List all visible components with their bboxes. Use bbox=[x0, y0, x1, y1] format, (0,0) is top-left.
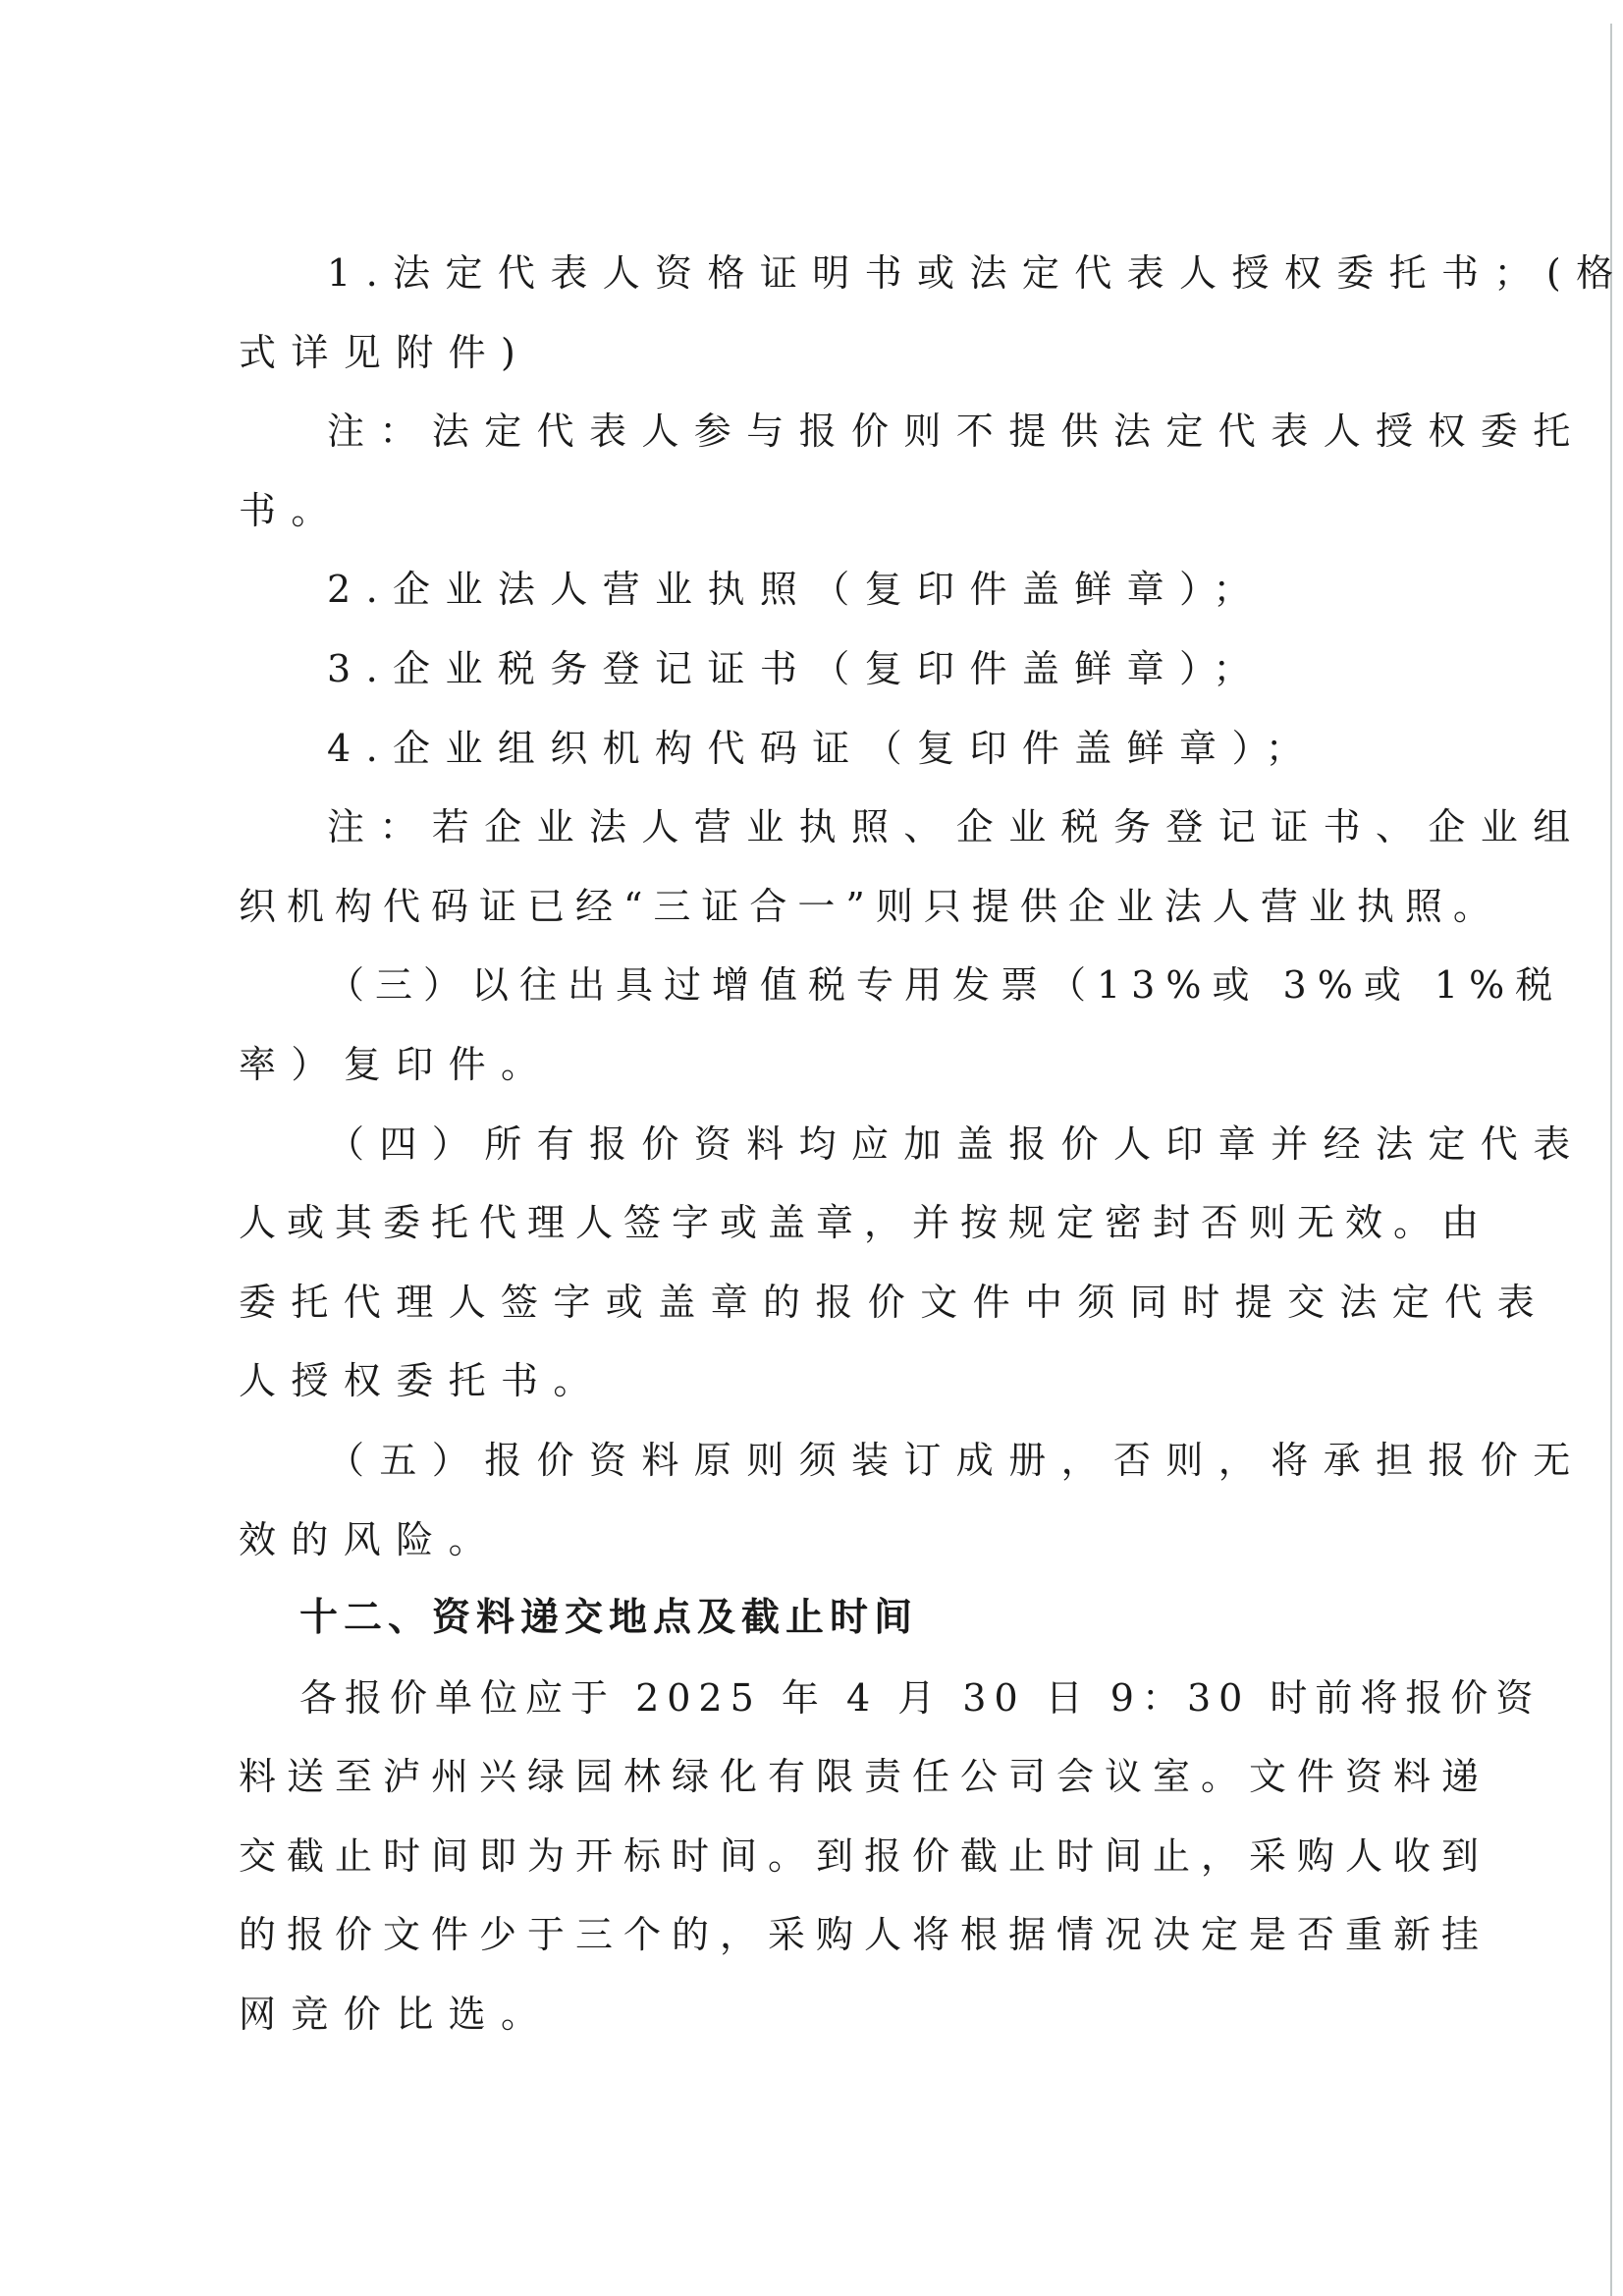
note-three-in-one: 注：若企业法人营业执照、企业税务登记证书、企业组 织机构代码证已经“三证合一”则… bbox=[239, 788, 1358, 946]
subsection-seal-signature: （四）所有报价资料均应加盖报价人印章并经法定代表 人或其委托代理人签字或盖章，并… bbox=[239, 1105, 1358, 1421]
text-line: 率）复印件。 bbox=[239, 1025, 1358, 1105]
text-line: 料送至泸州兴绿园林绿化有限责任公司会议室。文件资料递 bbox=[239, 1737, 1358, 1817]
document-page: 1.法定代表人资格证明书或法定代表人授权委托书；(格 式详见附件) 注：法定代表… bbox=[0, 0, 1623, 2296]
text-line: 网竞价比选。 bbox=[239, 1975, 1358, 2054]
text-line: 织机构代码证已经“三证合一”则只提供企业法人营业执照。 bbox=[239, 867, 1358, 947]
text-line: 3.企业税务登记证书（复印件盖鲜章）； bbox=[239, 629, 1358, 709]
subsection-binding: （五）报价资料原则须装订成册，否则，将承担报价无 效的风险。 bbox=[239, 1421, 1358, 1579]
text-line: 各报价单位应于 2025 年 4 月 30 日 9：30 时前将报价资 bbox=[239, 1659, 1358, 1738]
text-line: 人授权委托书。 bbox=[239, 1341, 1358, 1421]
text-line: 注：法定代表人参与报价则不提供法定代表人授权委托 bbox=[239, 392, 1358, 471]
list-item-legal-rep-certificate: 1.法定代表人资格证明书或法定代表人授权委托书；(格 式详见附件) bbox=[239, 234, 1358, 392]
list-item-business-license: 2.企业法人营业执照（复印件盖鲜章）； bbox=[239, 550, 1358, 629]
text-line: 2.企业法人营业执照（复印件盖鲜章）； bbox=[239, 550, 1358, 629]
section-heading-12: 十二、资料递交地点及截止时间 bbox=[239, 1579, 1358, 1659]
text-line: 的报价文件少于三个的，采购人将根据情况决定是否重新挂 bbox=[239, 1895, 1358, 1975]
subsection-vat-invoice: （三）以往出具过增值税专用发票（13%或 3%或 1%税 率）复印件。 bbox=[239, 946, 1358, 1104]
text-line: （五）报价资料原则须装订成册，否则，将承担报价无 bbox=[239, 1421, 1358, 1501]
note-legal-rep: 注：法定代表人参与报价则不提供法定代表人授权委托 书。 bbox=[239, 392, 1358, 550]
text-line: 效的风险。 bbox=[239, 1501, 1358, 1580]
text-column: 1.法定代表人资格证明书或法定代表人授权委托书；(格 式详见附件) 注：法定代表… bbox=[239, 234, 1358, 2054]
text-line: 交截止时间即为开标时间。到报价截止时间止，采购人收到 bbox=[239, 1817, 1358, 1896]
scan-edge-line bbox=[1610, 24, 1612, 2296]
heading-text: 十二、资料递交地点及截止时间 bbox=[239, 1579, 1358, 1659]
text-line: 书。 bbox=[239, 471, 1358, 551]
text-line: 注：若企业法人营业执照、企业税务登记证书、企业组 bbox=[239, 788, 1358, 867]
text-line: 1.法定代表人资格证明书或法定代表人授权委托书；(格 bbox=[239, 234, 1358, 313]
list-item-org-code: 4.企业组织机构代码证（复印件盖鲜章）； bbox=[239, 709, 1358, 789]
text-line: （三）以往出具过增值税专用发票（13%或 3%或 1%税 bbox=[239, 946, 1358, 1025]
text-line: 式详见附件) bbox=[239, 313, 1358, 393]
text-line: 人或其委托代理人签字或盖章，并按规定密封否则无效。由 bbox=[239, 1183, 1358, 1263]
paragraph-submission-deadline: 各报价单位应于 2025 年 4 月 30 日 9：30 时前将报价资 料送至泸… bbox=[239, 1659, 1358, 2054]
text-line: 委托代理人签字或盖章的报价文件中须同时提交法定代表 bbox=[239, 1263, 1358, 1342]
text-line: 4.企业组织机构代码证（复印件盖鲜章）； bbox=[239, 709, 1358, 789]
list-item-tax-registration: 3.企业税务登记证书（复印件盖鲜章）； bbox=[239, 629, 1358, 709]
text-line: （四）所有报价资料均应加盖报价人印章并经法定代表 bbox=[239, 1105, 1358, 1184]
